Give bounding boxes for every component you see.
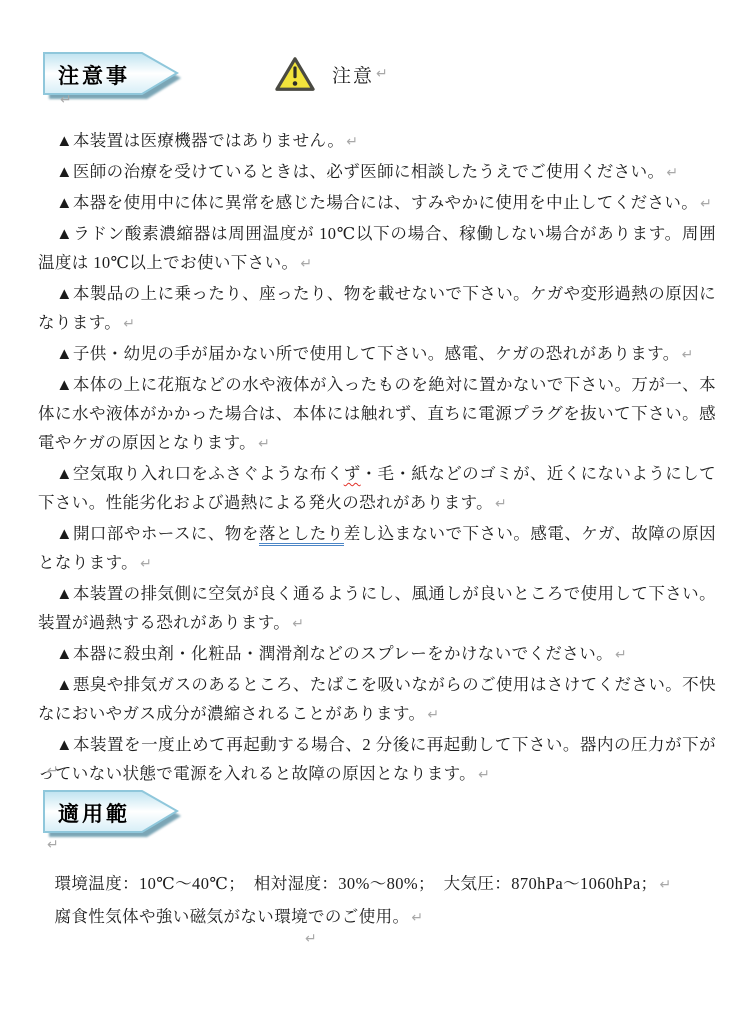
section-banner-scope: 適用範 [43, 790, 185, 840]
paragraph-mark: ↵ [58, 92, 72, 108]
text-run: ▲本器を使用中に体に異常を感じた場合には、すみやかに使用を中止してください。 [56, 193, 698, 212]
warning-item: ▲本装置を一度止めて再起動する場合、2 分後に再起動して下さい。器内の圧力が下が… [38, 730, 716, 790]
scope-line: 環境温度：10℃～40℃； 相対湿度：30%～80%； 大気圧：870hPa～1… [38, 868, 718, 901]
warning-text: ▲本体の上に花瓶などの水や液体が入ったものを絶対に置かないで下さい。万が一、本体… [38, 375, 716, 452]
text-run: ▲開口部やホースに、物を [56, 524, 259, 543]
text-run: ▲空気取り入れ口をふさぐような布く [56, 464, 344, 483]
paragraph-mark: ↵ [409, 910, 423, 926]
warning-text: ▲医師の治療を受けているときは、必ず医師に相談したうえでご使用ください。 [56, 162, 664, 181]
warning-item: ▲本装置の排気側に空気が良く通るようにし、風通しが良いところで使用して下さい。装… [38, 579, 716, 639]
warning-text: ▲本装置は医療機器ではありません。 [56, 131, 344, 150]
warning-item: ▲本装置は医療機器ではありません。↵ [38, 126, 716, 157]
warning-text: ▲本器に殺虫剤・化粧品・潤滑剤などのスプレーをかけないでください。 [56, 644, 613, 663]
warning-item: ▲子供・幼児の手が届かない所で使用して下さい。感電、ケガの恐れがあります。↵ [38, 339, 716, 370]
paragraph-mark: ↵ [344, 134, 358, 150]
banner-label: 注意事 [58, 60, 130, 90]
scope-conditions: 環境温度：10℃～40℃； 相対湿度：30%～80%； 大気圧：870hPa～1… [38, 868, 718, 934]
warning-item: ▲医師の治療を受けているときは、必ず医師に相談したうえでご使用ください。↵ [38, 157, 716, 188]
paragraph-mark: ↵ [138, 556, 152, 572]
warning-text: ▲本装置の排気側に空気が良く通るようにし、風通しが良いところで使用して下さい。装… [38, 584, 716, 632]
text-run: ▲本装置は医療機器ではありません。 [56, 131, 344, 150]
warning-item: ▲空気取り入れ口をふさぐような布くず・毛・紙などのゴミが、近くにないようにして下… [38, 459, 716, 519]
paragraph-mark: ↵ [425, 707, 439, 723]
warning-list: ▲本装置は医療機器ではありません。↵ ▲医師の治療を受けているときは、必ず医師に… [38, 126, 716, 790]
text-run: ▲本体の上に花瓶などの水や液体が入ったものを絶対に置かないで下さい。万が一、本体… [38, 375, 716, 452]
warning-item: ▲開口部やホースに、物を落としたり差し込まないで下さい。感電、ケガ、故障の原因と… [38, 519, 716, 579]
warning-text: ▲本製品の上に乗ったり、座ったり、物を載せないで下さい。ケガや変形過熱の原因にな… [38, 284, 716, 332]
warning-text: ▲子供・幼児の手が届かない所で使用して下さい。感電、ケガの恐れがあります。 [56, 344, 679, 363]
paragraph-mark: ↵ [290, 616, 304, 632]
text-run: ▲本装置の排気側に空気が良く通るようにし、風通しが良いところで使用して下さい。装… [38, 584, 716, 632]
text-run: ▲悪臭や排気ガスのあるところ、たばこを吸いながらのご使用はさけてください。不快な… [38, 675, 716, 723]
paragraph-mark: ↵ [613, 647, 627, 663]
text-run: ▲医師の治療を受けているときは、必ず医師に相談したうえでご使用ください。 [56, 162, 664, 181]
paragraph-mark: ↵ [45, 837, 59, 853]
warning-text: ▲ラドン酸素濃縮器は周囲温度が 10℃以下の場合、稼働しない場合があります。周囲… [38, 224, 716, 272]
warning-item: ▲ラドン酸素濃縮器は周囲温度が 10℃以下の場合、稼働しない場合があります。周囲… [38, 219, 716, 279]
paragraph-mark: ↵ [664, 165, 678, 181]
caution-heading: 注意 ↵ [274, 55, 388, 93]
text-run: ▲ラドン酸素濃縮器は周囲温度が 10℃以下の場合、稼働しない場合があります。周囲… [38, 224, 716, 272]
paragraph-mark: ↵ [657, 877, 671, 893]
warning-text: ▲本器を使用中に体に異常を感じた場合には、すみやかに使用を中止してください。 [56, 193, 698, 212]
text-run: 環境温度：10℃～40℃； 相対湿度：30%～80%； 大気圧：870hPa～1… [55, 874, 658, 893]
text-run: ▲本装置を一度止めて再起動する場合、2 分後に再起動して下さい。器内の圧力が下が… [38, 735, 716, 783]
scope-text: 腐食性気体や強い磁気がない環境でのご使用。 [55, 907, 410, 926]
text-run: ▲子供・幼児の手が届かない所で使用して下さい。感電、ケガの恐れがあります。 [56, 344, 679, 363]
warning-text: ▲本装置を一度止めて再起動する場合、2 分後に再起動して下さい。器内の圧力が下が… [38, 735, 716, 783]
warning-text: ▲悪臭や排気ガスのあるところ、たばこを吸いながらのご使用はさけてください。不快な… [38, 675, 716, 723]
text-run: 腐食性気体や強い磁気がない環境でのご使用。 [55, 907, 410, 926]
spellcheck-red-mark: ず [344, 464, 361, 483]
caution-heading-label: 注意 [332, 61, 374, 88]
paragraph-mark: ↵ [256, 436, 270, 452]
paragraph-mark: ↵ [698, 196, 712, 212]
warning-item: ▲本製品の上に乗ったり、座ったり、物を載せないで下さい。ケガや変形過熱の原因にな… [38, 279, 716, 339]
paragraph-mark: ↵ [493, 496, 507, 512]
scope-line: 腐食性気体や強い磁気がない環境でのご使用。↵ [38, 901, 718, 934]
paragraph-mark: ↵ [45, 763, 59, 779]
paragraph-mark: ↵ [121, 316, 135, 332]
scope-text: 環境温度：10℃～40℃； 相対湿度：30%～80%； 大気圧：870hPa～1… [55, 874, 658, 893]
paragraph-mark: ↵ [303, 931, 317, 947]
paragraph-mark: ↵ [374, 66, 388, 82]
text-run: ▲本器に殺虫剤・化粧品・潤滑剤などのスプレーをかけないでください。 [56, 644, 613, 663]
paragraph-mark: ↵ [476, 767, 490, 783]
grammar-blue-mark: 落としたり [259, 524, 344, 546]
warning-item: ▲本器を使用中に体に異常を感じた場合には、すみやかに使用を中止してください。↵ [38, 188, 716, 219]
warning-item: ▲悪臭や排気ガスのあるところ、たばこを吸いながらのご使用はさけてください。不快な… [38, 670, 716, 730]
document-page: 注意事 注意 ↵ ↵ ▲本装置は医療機器ではありません。↵ ▲医師の治療を受けて… [0, 0, 751, 1032]
warning-text: ▲空気取り入れ口をふさぐような布くず・毛・紙などのゴミが、近くにないようにして下… [38, 464, 716, 512]
warning-item: ▲本器に殺虫剤・化粧品・潤滑剤などのスプレーをかけないでください。↵ [38, 639, 716, 670]
text-run: ▲本製品の上に乗ったり、座ったり、物を載せないで下さい。ケガや変形過熱の原因にな… [38, 284, 716, 332]
warning-triangle-icon [274, 55, 316, 93]
paragraph-mark: ↵ [298, 256, 312, 272]
paragraph-mark: ↵ [680, 347, 694, 363]
warning-item: ▲本体の上に花瓶などの水や液体が入ったものを絶対に置かないで下さい。万が一、本体… [38, 370, 716, 459]
banner-label: 適用範 [58, 798, 130, 828]
